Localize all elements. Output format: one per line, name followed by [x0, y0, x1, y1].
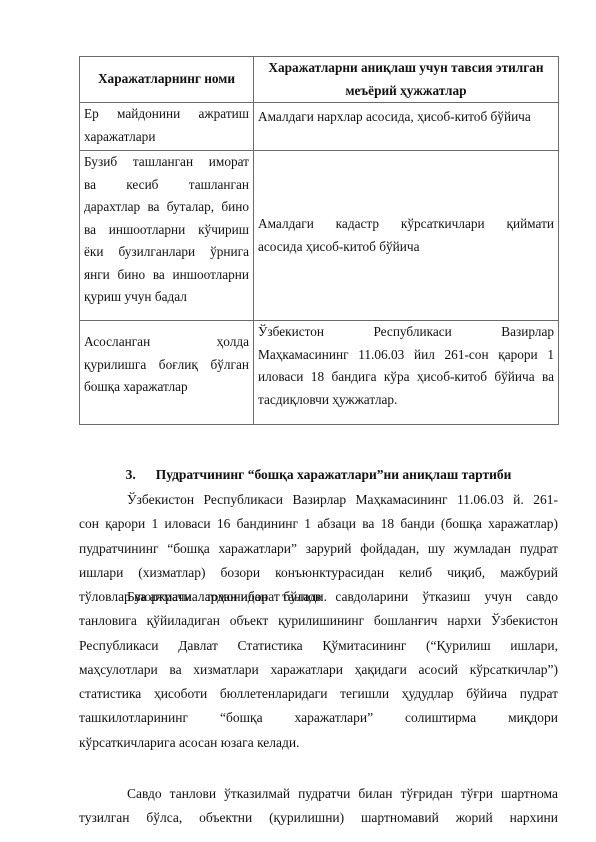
- section-title: Пудратчининг “бошқа харажатлари”ни аниқл…: [156, 467, 512, 482]
- header-normative-docs: Харажатларни аниқлаш учун тавсия этилган…: [254, 57, 559, 103]
- cell-line: дарахтлар ва буталар, бино: [84, 196, 249, 219]
- cell-line: ёки бузилганлари ўрнига: [84, 241, 249, 264]
- cell-line: харажатлари: [84, 129, 155, 144]
- table-row: Бузиб ташланган иморат ва кесиб ташланга…: [80, 151, 559, 321]
- paragraph-line: Буюртмачи томонидан танлов савдоларини ў…: [79, 585, 558, 609]
- section-number: 3.: [126, 464, 136, 486]
- cell-line: Бузиб ташланган иморат: [84, 151, 249, 174]
- cell-line: Ўзбекистон Республикаси Вазирлар: [258, 321, 554, 344]
- cell-line: Амалдаги кадастр кўрсаткичлари қиймати: [258, 213, 554, 236]
- paragraph-line: пудратчининг “бошқа харажатлари” зарурий…: [79, 537, 558, 561]
- expenses-table: Харажатларнинг номи Харажатларни аниқлаш…: [79, 56, 559, 425]
- expense-name-cell: Асосланган ҳолда қурилишга боғлиқ бўлган…: [80, 321, 254, 425]
- cell-line: асосида ҳисоб-китоб бўйича: [258, 236, 554, 259]
- paragraph: Савдо танлови ўтказилмай пудратчи билан …: [79, 782, 558, 831]
- cell-line: Ер майдонини ажратиш: [84, 103, 249, 126]
- header-expense-name: Харажатларнинг номи: [80, 57, 254, 103]
- paragraph-line: статистика ҳисоботи бюллетенларидаги тег…: [79, 682, 558, 706]
- paragraph: Буюртмачи томонидан танлов савдоларини ў…: [79, 585, 558, 755]
- cell-line: иловаси 18 бандига кўра ҳисоб-китоб бўйи…: [258, 366, 554, 389]
- cell-line: ва кесиб ташланган: [84, 174, 249, 197]
- normative-doc-cell: Амалдаги нархлар асосида, ҳисоб-китоб бў…: [254, 103, 559, 151]
- cell-line: ва иншоотларни кўчириш: [84, 219, 249, 242]
- paragraph-line: ташкилотларининг “бошқа харажатлари” сол…: [79, 706, 558, 730]
- cell-line: Амалдаги нархлар асосида, ҳисоб-китоб бў…: [258, 109, 531, 124]
- cell-line: Асосланган ҳолда: [84, 331, 249, 354]
- table-row: Ер майдонини ажратиш харажатлари Амалдаг…: [80, 103, 559, 151]
- paragraph-line: сон қарори 1 иловаси 16 бандининг 1 абза…: [79, 512, 558, 536]
- paragraph-line: маҳсулотлари ва хизматлари харажатлари ҳ…: [79, 658, 558, 682]
- cell-line: янги бино ва иншоотларни: [84, 264, 249, 287]
- expense-name-cell: Ер майдонини ажратиш харажатлари: [80, 103, 254, 151]
- paragraph-line: тузилган бўлса, объектни (қурилишни) шар…: [79, 806, 558, 830]
- table-row: Асосланган ҳолда қурилишга боғлиқ бўлган…: [80, 321, 559, 425]
- cell-line: қурилишга боғлиқ бўлган: [84, 354, 249, 377]
- normative-doc-cell: Амалдаги кадастр кўрсаткичлари қиймати а…: [254, 151, 559, 321]
- paragraph-line: Ўзбекистон Республикаси Вазирлар Маҳкама…: [79, 488, 558, 512]
- paragraph-line: Савдо танлови ўтказилмай пудратчи билан …: [79, 782, 558, 806]
- paragraph-line: танловига қўйиладиган объект қурилишинин…: [79, 609, 558, 633]
- paragraph-line: кўрсаткичларига асосан юзага келади.: [79, 731, 558, 755]
- paragraph-line: ишлари (хизматлар) бозори конъюнктурасид…: [79, 561, 558, 585]
- normative-doc-cell: Ўзбекистон Республикаси Вазирлар Маҳкама…: [254, 321, 559, 425]
- cell-line: Маҳкамасининг 11.06.03 йил 261-сон қарор…: [258, 344, 554, 367]
- cell-line: бошқа харажатлар: [84, 376, 249, 399]
- paragraph-line: Республикаси Давлат Статистика Қўмитасин…: [79, 634, 558, 658]
- expense-name-cell: Бузиб ташланган иморат ва кесиб ташланга…: [80, 151, 254, 321]
- section-heading: 3.Пудратчининг “бошқа харажатлари”ни ани…: [79, 464, 558, 486]
- table-header-row: Харажатларнинг номи Харажатларни аниқлаш…: [80, 57, 559, 103]
- cell-line: қуриш учун бадал: [84, 286, 249, 309]
- cell-line: тасдиқловчи ҳужжатлар.: [258, 389, 554, 412]
